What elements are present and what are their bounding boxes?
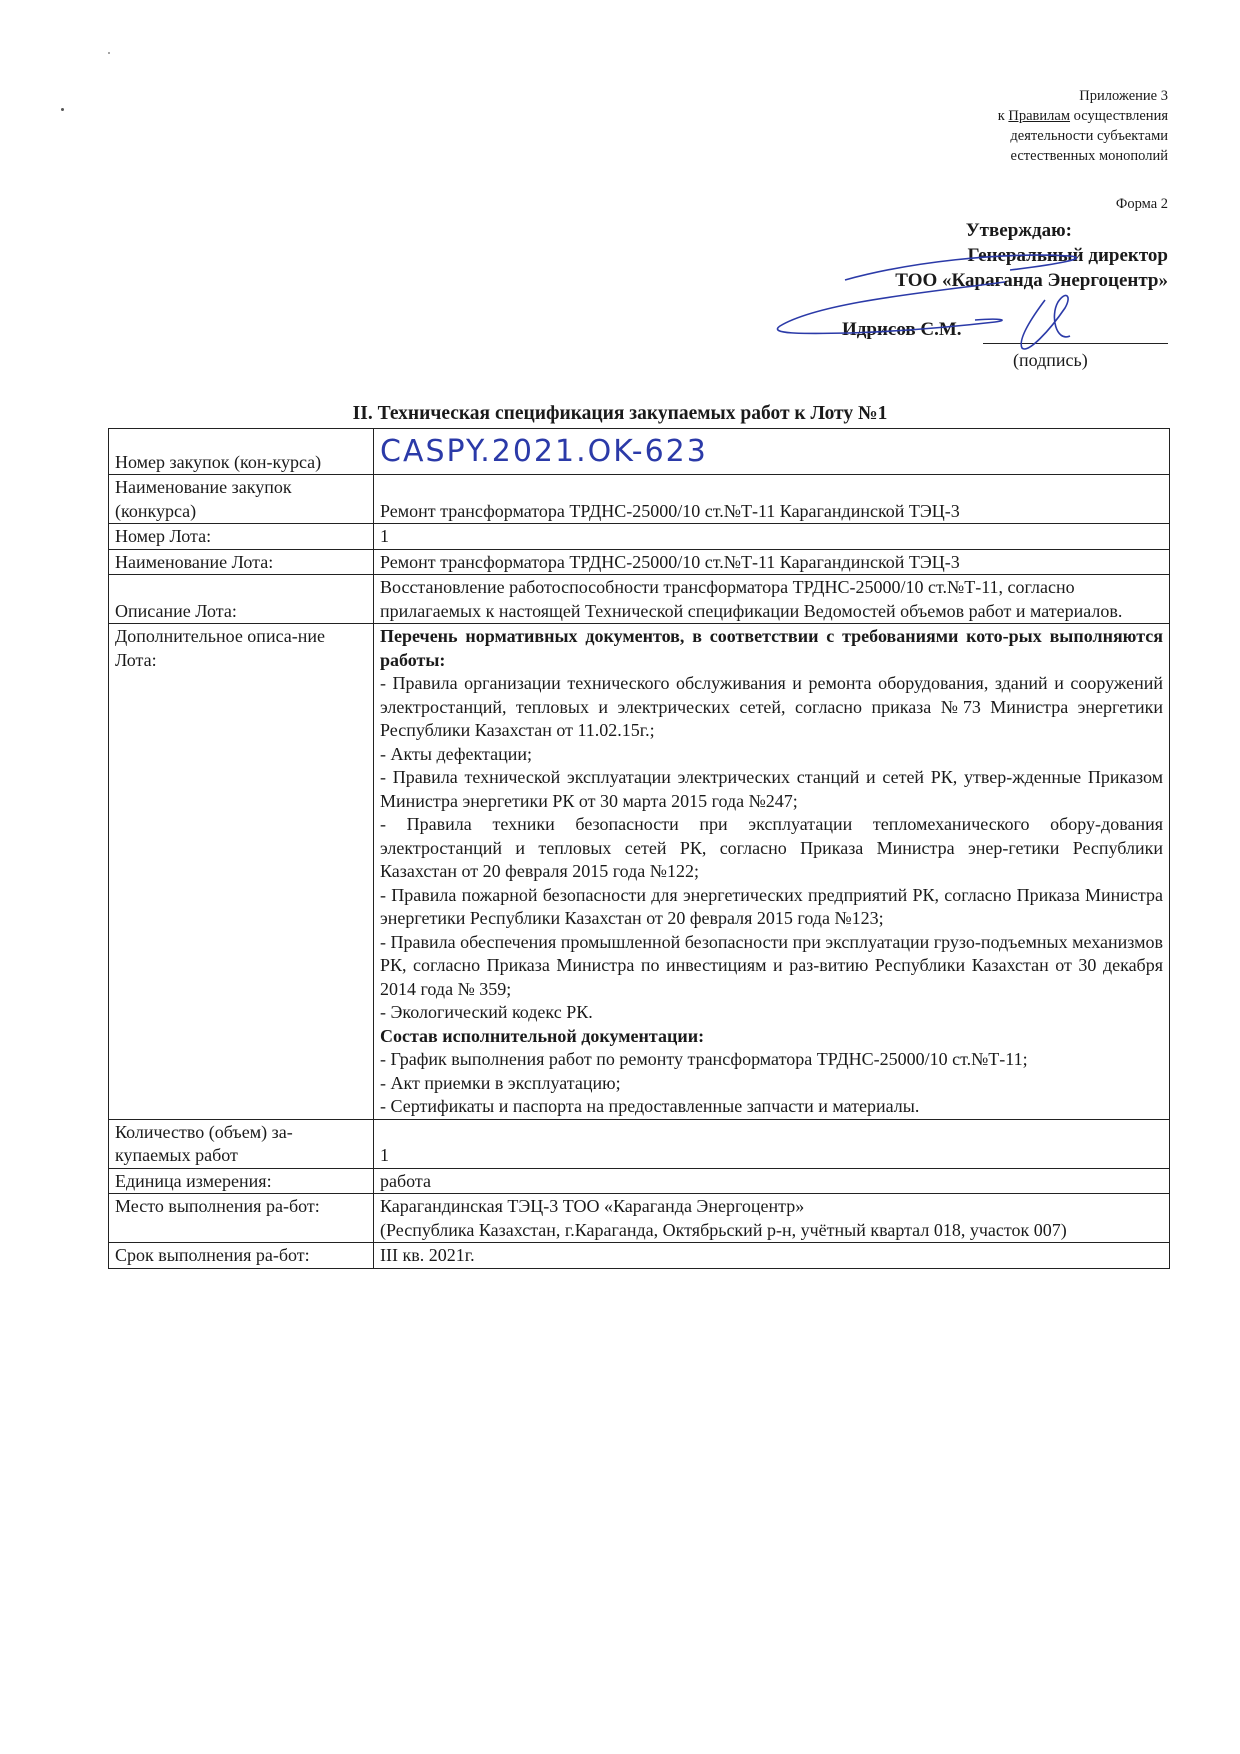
signature-line <box>983 343 1168 344</box>
table-row: Наименование закупок (конкурса) Ремонт т… <box>109 475 1170 524</box>
docs-heading: Состав исполнительной документации: <box>380 1025 1163 1049</box>
lot-number-value: 1 <box>374 524 1170 550</box>
lot-description-label: Описание Лота: <box>109 575 374 624</box>
quantity-label: Количество (объем) за-купаемых работ <box>109 1119 374 1168</box>
section-title: II. Техническая спецификация закупаемых … <box>0 403 1240 425</box>
lot-name-label: Наименование Лота: <box>109 549 374 575</box>
table-row: Место выполнения ра-бот: Карагандинская … <box>109 1194 1170 1243</box>
normative-item: - Акты дефектации; <box>380 743 1163 767</box>
approval-block: Утверждаю: Генеральный директор ТОО «Кар… <box>895 218 1168 293</box>
appendix-line: к Правилам осуществления <box>998 106 1168 126</box>
table-row: Дополнительное описа-ние Лота: Перечень … <box>109 624 1170 1120</box>
lot-name-value: Ремонт трансформатора ТРДНС-25000/10 ст.… <box>374 549 1170 575</box>
table-row: Наименование Лота: Ремонт трансформатора… <box>109 549 1170 575</box>
normative-item: - Правила техники безопасности при экспл… <box>380 813 1163 884</box>
location-line: (Республика Казахстан, г.Караганда, Октя… <box>380 1219 1163 1243</box>
unit-value: работа <box>374 1168 1170 1194</box>
scan-speck <box>108 52 110 54</box>
extra-description-label: Дополнительное описа-ние Лота: <box>109 624 374 1120</box>
location-line: Карагандинская ТЭЦ-3 ТОО «Караганда Энер… <box>380 1195 1163 1219</box>
appendix-line: Приложение 3 <box>998 86 1168 106</box>
scan-speck <box>61 108 64 111</box>
deadline-label: Срок выполнения ра-бот: <box>109 1243 374 1269</box>
docs-item: - Акт приемки в эксплуатацию; <box>380 1072 1163 1096</box>
table-row: Номер Лота: 1 <box>109 524 1170 550</box>
approver-name: Идрисов С.М. <box>842 319 962 341</box>
table-row: Номер закупок (кон-курса) CASPY.2021.OK-… <box>109 429 1170 475</box>
appendix-line: деятельности субъектами <box>998 126 1168 146</box>
form-label: Форма 2 <box>1116 196 1168 213</box>
normative-heading: Перечень нормативных документов, в соотв… <box>380 625 1163 672</box>
purchase-number-value: CASPY.2021.OK-623 <box>374 429 1170 475</box>
purchase-name-value: Ремонт трансформатора ТРДНС-25000/10 ст.… <box>374 475 1170 524</box>
table-row: Описание Лота: Восстановление работоспос… <box>109 575 1170 624</box>
normative-item: - Правила обеспечения промышленной безоп… <box>380 931 1163 1002</box>
location-label: Место выполнения ра-бот: <box>109 1194 374 1243</box>
signature-caption: (подпись) <box>1013 350 1088 371</box>
normative-item: - Правила технической эксплуатации элект… <box>380 766 1163 813</box>
normative-item: - Правила пожарной безопасности для энер… <box>380 884 1163 931</box>
table-row: Единица измерения: работа <box>109 1168 1170 1194</box>
specification-table: Номер закупок (кон-курса) CASPY.2021.OK-… <box>108 428 1170 1269</box>
table-row: Количество (объем) за-купаемых работ 1 <box>109 1119 1170 1168</box>
approve-title: Утверждаю: <box>895 218 1168 243</box>
quantity-value: 1 <box>374 1119 1170 1168</box>
location-value: Карагандинская ТЭЦ-3 ТОО «Караганда Энер… <box>374 1194 1170 1243</box>
extra-description-value: Перечень нормативных документов, в соотв… <box>374 624 1170 1120</box>
approver-company: ТОО «Караганда Энергоцентр» <box>895 268 1168 293</box>
unit-label: Единица измерения: <box>109 1168 374 1194</box>
normative-item: - Экологический кодекс РК. <box>380 1001 1163 1025</box>
deadline-value: III кв. 2021г. <box>374 1243 1170 1269</box>
rules-link[interactable]: Правилам <box>1008 108 1070 124</box>
appendix-line: естественных монополий <box>998 146 1168 166</box>
docs-item: - График выполнения работ по ремонту тра… <box>380 1048 1163 1072</box>
lot-number-label: Номер Лота: <box>109 524 374 550</box>
docs-item: - Сертификаты и паспорта на предоставлен… <box>380 1095 1163 1119</box>
purchase-number-label: Номер закупок (кон-курса) <box>109 429 374 475</box>
lot-description-value: Восстановление работоспособности трансфо… <box>374 575 1170 624</box>
appendix-note: Приложение 3 к Правилам осуществления де… <box>998 86 1168 166</box>
approver-position: Генеральный директор <box>895 243 1168 268</box>
normative-item: - Правила организации технического обслу… <box>380 672 1163 743</box>
purchase-name-label: Наименование закупок (конкурса) <box>109 475 374 524</box>
table-row: Срок выполнения ра-бот: III кв. 2021г. <box>109 1243 1170 1269</box>
